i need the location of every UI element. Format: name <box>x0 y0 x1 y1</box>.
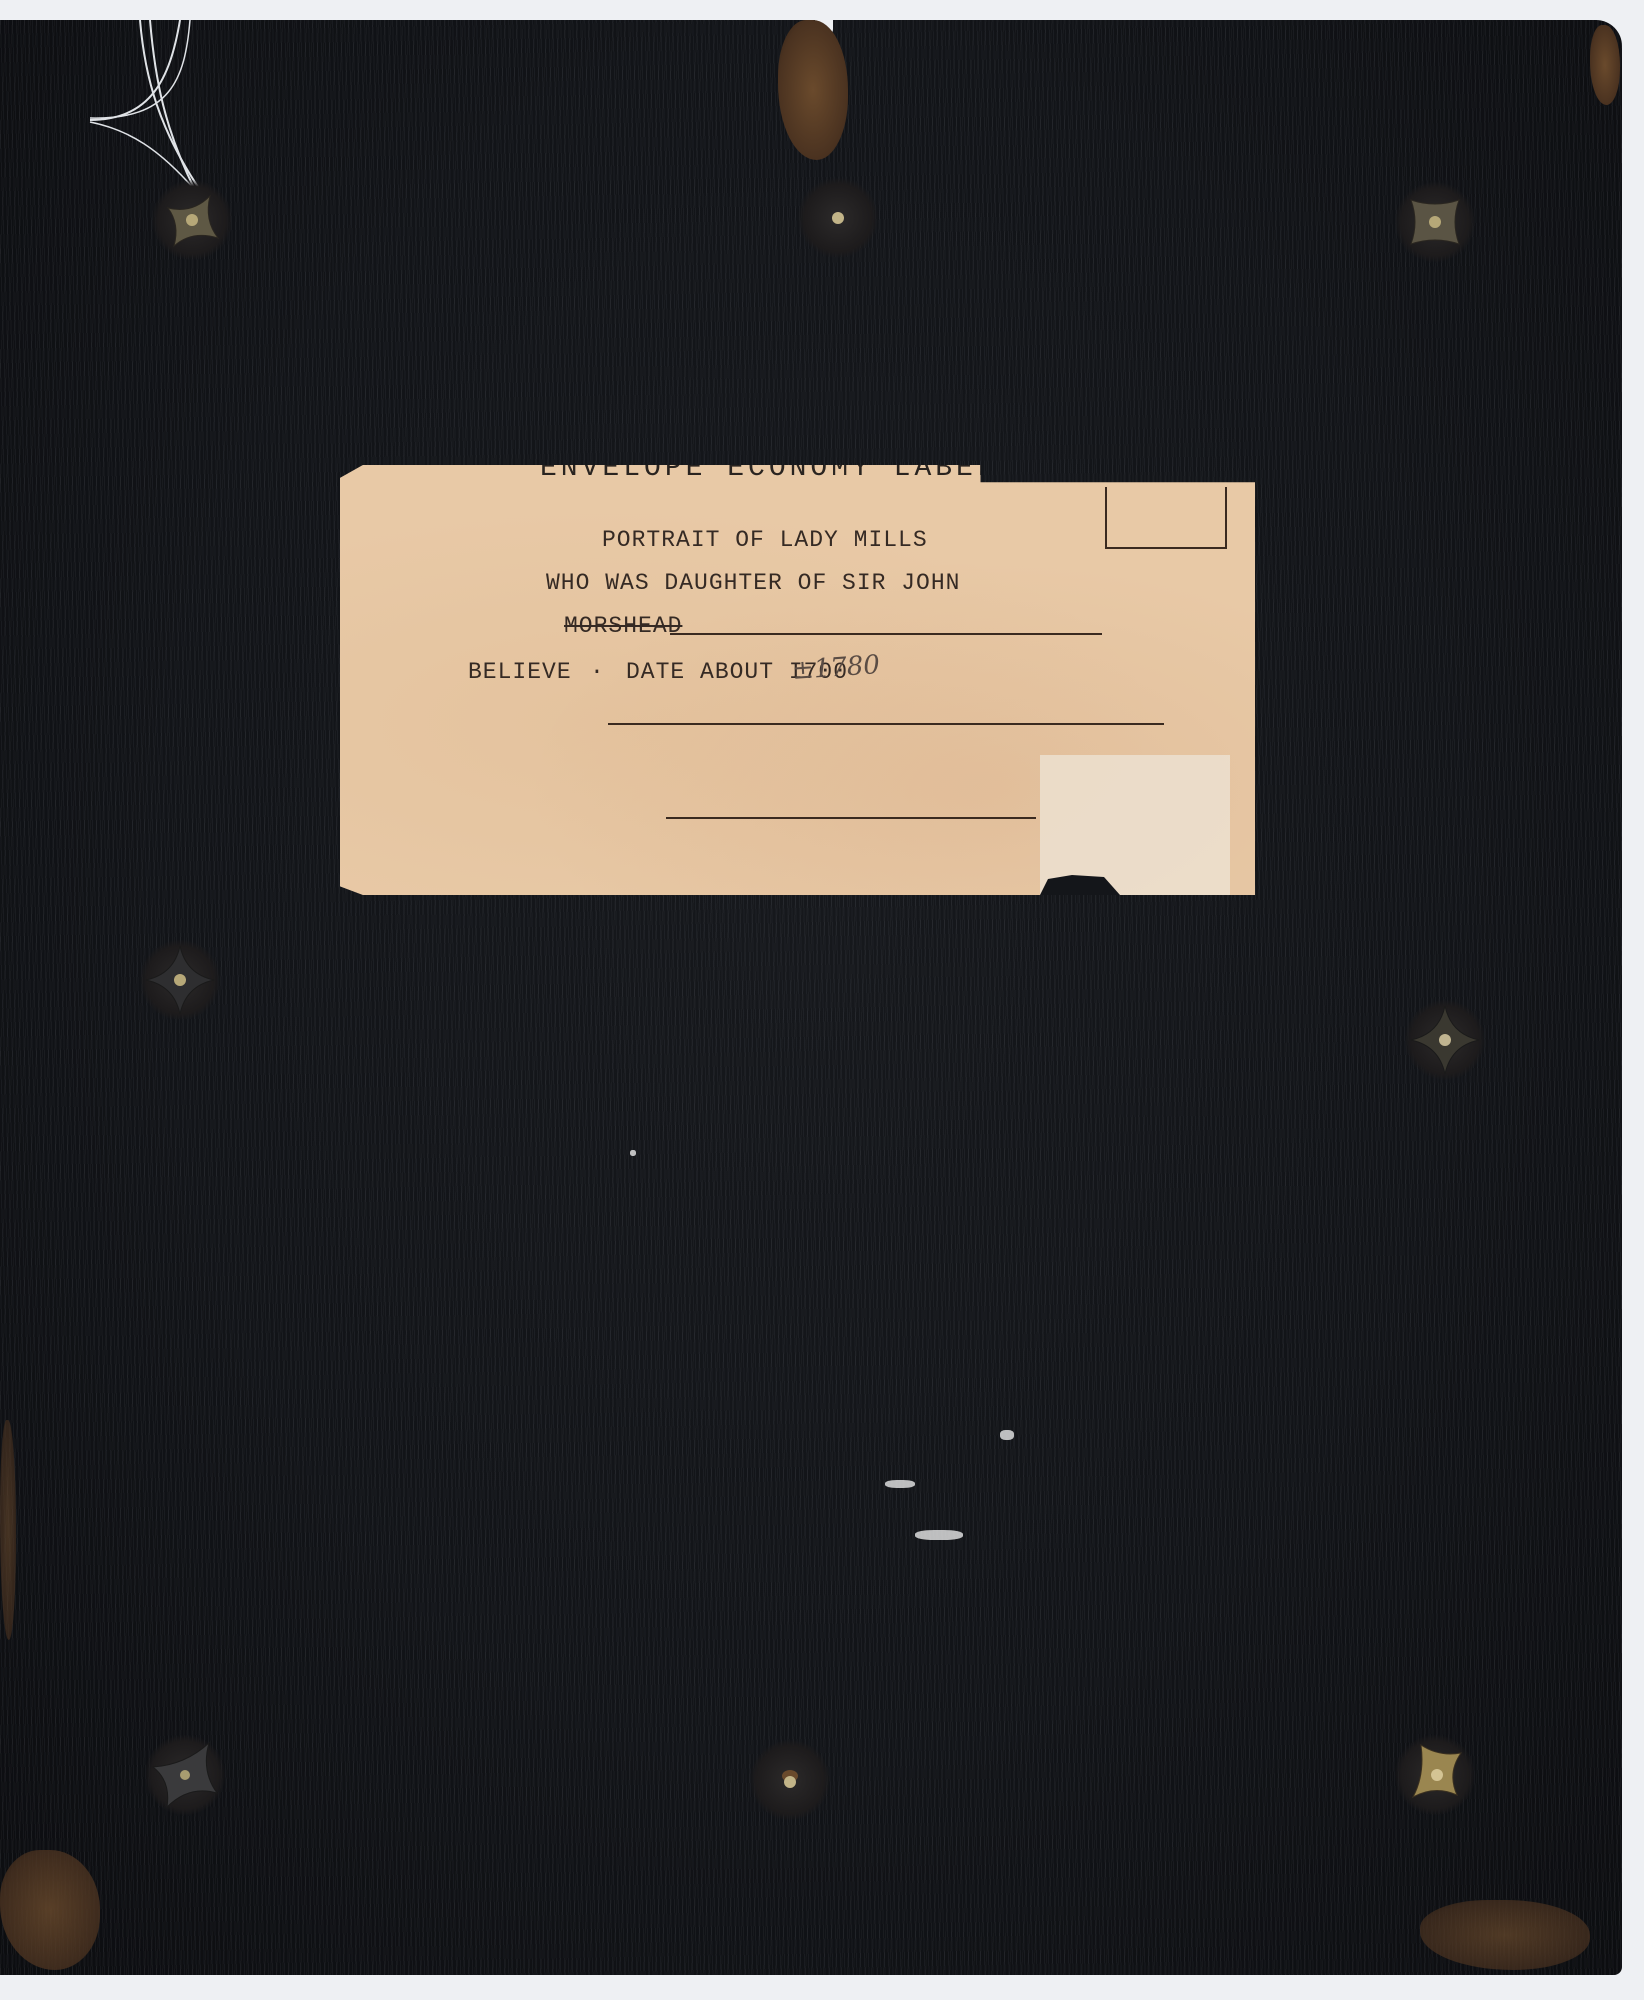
board-texture <box>0 20 1622 1975</box>
label-line-daughter: WHO WAS DAUGHTER OF SIR JOHN <box>546 570 960 596</box>
wood-damage-bottom-right <box>1420 1900 1590 1970</box>
wood-damage-left-edge <box>0 1420 16 1640</box>
handwritten-date-note: ±1780 <box>791 650 881 686</box>
turn-button-fastener-icon <box>152 180 232 260</box>
turn-button-fastener-icon <box>750 1740 830 1820</box>
wood-damage-top <box>778 20 848 160</box>
scuff-mark <box>885 1480 915 1488</box>
scuff-mark <box>630 1150 636 1156</box>
scuff-mark <box>1000 1430 1014 1440</box>
label-line-struck: MORSHEAD <box>564 613 682 639</box>
wood-damage-top-right-corner <box>1590 25 1620 105</box>
label-line-title: PORTRAIT OF LADY MILLS <box>602 527 928 553</box>
label-believe: BELIEVE <box>468 659 572 685</box>
turn-button-fastener-icon <box>798 178 878 258</box>
label-rule <box>666 817 1036 819</box>
turn-button-fastener-icon <box>1395 182 1475 262</box>
picture-board-back <box>0 20 1622 1975</box>
typed-label: ENVELOPE ECONOMY LABEL PORTRAIT OF LADY … <box>340 465 1255 895</box>
turn-button-fastener-icon <box>140 940 220 1020</box>
label-rule <box>670 633 1102 635</box>
stamp-box <box>1105 487 1227 549</box>
wood-damage-bottom-left <box>0 1850 100 1970</box>
turn-button-fastener-icon <box>1395 1735 1475 1815</box>
label-rule <box>608 723 1164 725</box>
turn-button-fastener-icon <box>145 1735 225 1815</box>
scuff-mark <box>915 1530 963 1540</box>
label-repair-patch <box>1040 755 1230 895</box>
label-bullet: · <box>590 659 605 685</box>
turn-button-fastener-icon <box>1405 1000 1485 1080</box>
